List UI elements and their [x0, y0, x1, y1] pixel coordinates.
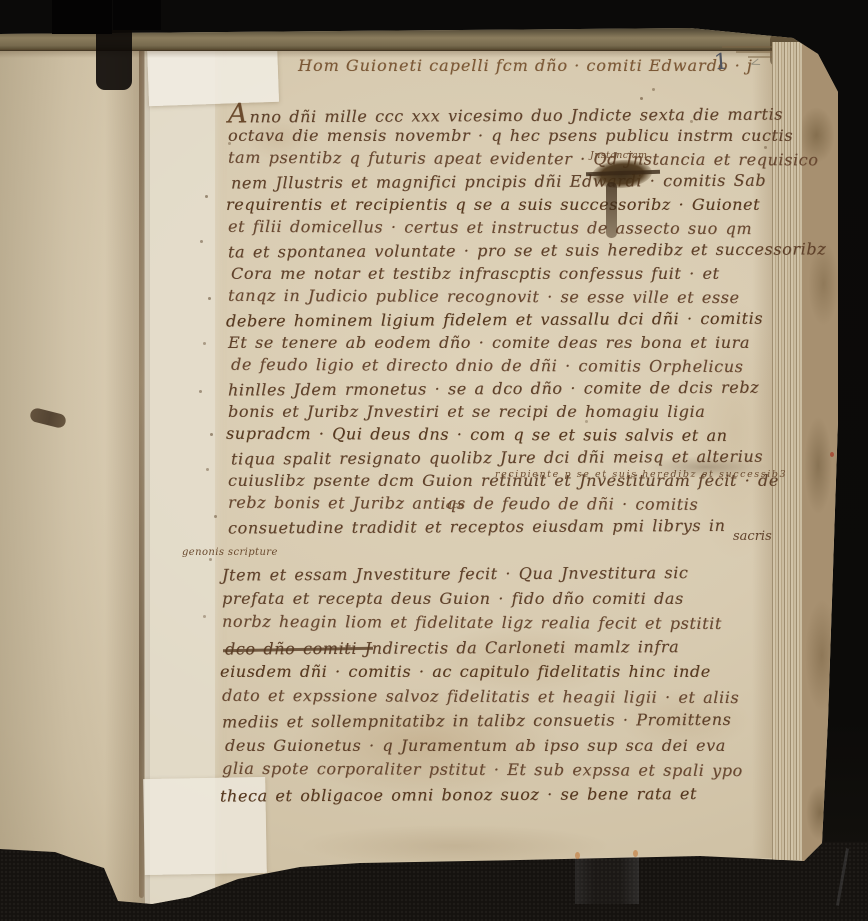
- manuscript-line: tam psentibz q futuris apeat evidenter ·…: [228, 146, 790, 171]
- holder-clip: [633, 850, 638, 857]
- manuscript-line: rebz bonis et Juribz antiqs de feudo de …: [228, 491, 790, 516]
- manuscript-line: Et se tenere ab eodem dño · comite deas …: [228, 331, 790, 354]
- manuscript-line: tanqz in Judicio publice recognovit · se…: [228, 284, 790, 309]
- folio-number: 1: [713, 50, 729, 76]
- manuscript-line: requirentis et recipientis q se a suis s…: [226, 193, 790, 216]
- manuscript-line: debere hominem ligium fidelem et vassall…: [226, 307, 790, 333]
- manuscript-line: theca et obligacoe omni bonoz suoz · se …: [220, 781, 794, 809]
- raised-line-end-word: sacris: [733, 529, 772, 544]
- repair-guard-strip: [145, 34, 215, 904]
- fore-edge-red-speck: [827, 812, 831, 817]
- manuscript-line: nem Jllustris et magnifici pncipis dñi E…: [231, 169, 790, 195]
- manuscript-line: Cora me notar et testibz infrascptis con…: [231, 262, 790, 285]
- open-book: Hom Guioneti capelli fcm dño · comiti Ed…: [0, 0, 868, 921]
- interlinear-word: dco: [446, 500, 464, 511]
- holder-clip: [575, 852, 580, 859]
- manuscript-line: et filii domicellus · certus et instruct…: [228, 215, 790, 240]
- margin-note: genonis scripture: [182, 547, 278, 558]
- manuscript-line: Jtem et essam Jnvestiture fecit · Qua Jn…: [222, 561, 794, 588]
- manuscript-line: prefata et recepta deus Guion · fido dño…: [222, 587, 794, 612]
- ink-specks: [0, 0, 3, 3]
- manuscript-photo: Hom Guioneti capelli fcm dño · comiti Ed…: [0, 0, 868, 921]
- manuscript-line: de feudo ligio et directo dnio de dñi · …: [231, 353, 790, 378]
- manuscript-line: norbz heagin liom et fidelitate ligz rea…: [222, 610, 794, 637]
- manuscript-line: mediis et sollempnitatibz in talibz cons…: [222, 708, 794, 735]
- manuscript-line: consuetudine tradidit et receptos eiusda…: [228, 514, 790, 540]
- manuscript-line: eiusdem dñi · comitis · ac capitulo fide…: [220, 660, 794, 685]
- ink-smudge: [645, 456, 767, 478]
- transparent-page-holder: [575, 856, 639, 904]
- gutter-seam: [139, 40, 144, 898]
- text-block-secondary: Jtem et essam Jnvestiture fecit · Qua Jn…: [222, 562, 794, 807]
- manuscript-line: supradcm · Qui deus dns · com q se et su…: [226, 422, 790, 447]
- gutter-shadow: [96, 30, 132, 90]
- fore-edge-red-speck: [830, 452, 834, 457]
- manuscript-line: bonis et Juribz Jnvestiri et se recipi d…: [228, 400, 790, 423]
- cradle-strap: [52, 0, 112, 34]
- header-inscription: Hom Guioneti capelli fcm dño · comiti Ed…: [298, 56, 753, 75]
- ink-blot-tail: [606, 182, 617, 238]
- gutter-stub-page: [0, 28, 150, 908]
- manuscript-line: Anno dñi mille ccc xxx vicesimo duo Jndi…: [228, 100, 790, 126]
- manuscript-line: dato et expssione salvoz fidelitatis et …: [222, 683, 794, 710]
- cradle-strap: [113, 0, 161, 30]
- manuscript-line: deus Guionetus · q Juramentum ab ipso su…: [225, 734, 794, 759]
- manuscript-line: ta et spontanea voluntate · pro se et su…: [228, 238, 790, 264]
- manuscript-line: glia spote corporaliter pstitut · Et sub…: [222, 757, 794, 784]
- manuscript-line: octava die mensis novembr · q hec psens …: [228, 124, 790, 147]
- manuscript-line: hinlles Jdem rmonetus · se a dco dño · c…: [228, 376, 790, 402]
